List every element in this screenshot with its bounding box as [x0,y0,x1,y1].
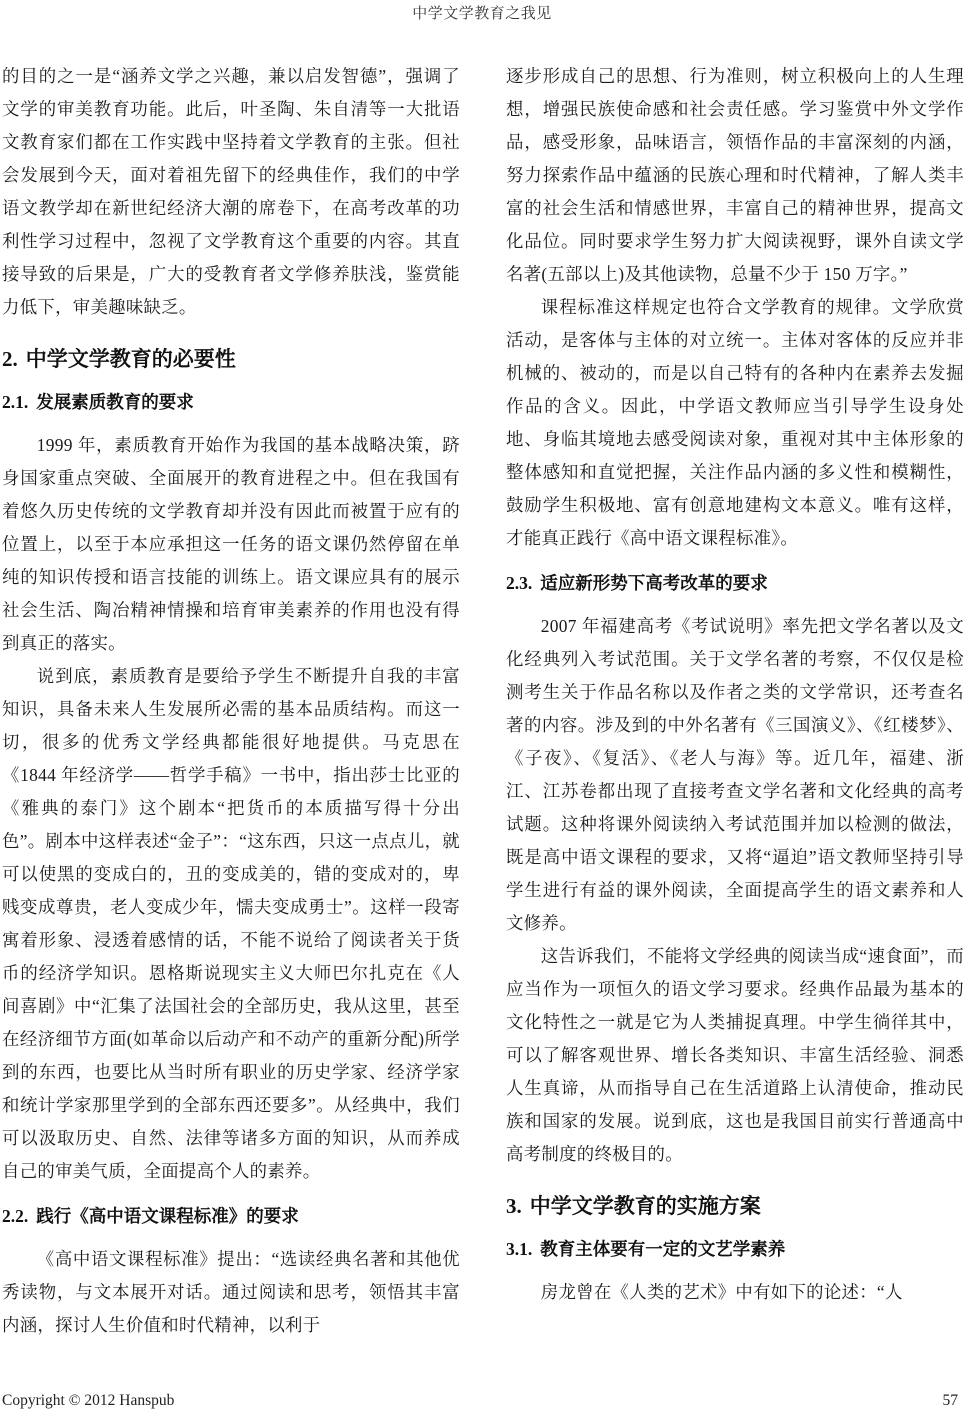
page-number: 57 [943,1392,959,1410]
paragraph: 1999 年，素质教育开始作为我国的基本战略决策，跻身国家重点突破、全面展开的教… [2,429,460,660]
section-number: 2. [2,347,18,371]
subsection-heading: 2.1.发展素质教育的要求 [2,388,460,417]
paragraph: 的目的之一是“涵养文学之兴趣，兼以启发智德”，强调了文学的审美教育功能。此后，叶… [2,60,460,324]
section-number: 3. [506,1194,522,1218]
subsection-heading: 2.2.践行《高中语文课程标准》的要求 [2,1202,460,1231]
section-heading: 2.中学文学教育的必要性 [2,344,460,374]
subsection-number: 2.3. [506,573,532,593]
copyright-notice: Copyright © 2012 Hanspub [2,1392,174,1410]
subsection-heading: 2.3.适应新形势下高考改革的要求 [506,569,964,598]
running-title: 中学文学教育之我见 [0,2,964,23]
section-heading: 3.中学文学教育的实施方案 [506,1191,964,1221]
subsection-heading: 3.1.教育主体要有一定的文艺学素养 [506,1235,964,1264]
paragraph: 课程标准这样规定也符合文学教育的规律。文学欣赏活动，是客体与主体的对立统一。主体… [506,291,964,555]
paragraph: 说到底，素质教育是要给予学生不断提升自我的丰富知识，具备未来人生发展所必需的基本… [2,660,460,1188]
paragraph: 《高中语文课程标准》提出：“选读经典名著和其他优秀读物，与文本展开对话。通过阅读… [2,1243,460,1342]
paragraph: 逐步形成自己的思想、行为准则，树立积极向上的人生理想，增强民族使命感和社会责任感… [506,60,964,291]
paragraph: 房龙曾在《人类的艺术》中有如下的论述：“人 [506,1276,964,1309]
subsection-number: 2.2. [2,1206,28,1226]
section-title: 中学文学教育的实施方案 [530,1194,761,1218]
subsection-number: 2.1. [2,392,28,412]
right-column: 逐步形成自己的思想、行为准则，树立积极向上的人生理想，增强民族使命感和社会责任感… [506,60,964,1309]
section-title: 中学文学教育的必要性 [26,347,236,371]
subsection-title: 教育主体要有一定的文艺学素养 [540,1240,785,1260]
subsection-title: 适应新形势下高考改革的要求 [540,574,768,594]
subsection-title: 践行《高中语文课程标准》的要求 [36,1207,299,1227]
left-column: 的目的之一是“涵养文学之兴趣，兼以启发智德”，强调了文学的审美教育功能。此后，叶… [2,60,460,1342]
subsection-number: 3.1. [506,1239,532,1259]
subsection-title: 发展素质教育的要求 [36,393,194,413]
paragraph: 这告诉我们，不能将文学经典的阅读当成“速食面”，而应当作为一项恒久的语文学习要求… [506,940,964,1171]
paragraph: 2007 年福建高考《考试说明》率先把文学名著以及文化经典列入考试范围。关于文学… [506,610,964,940]
